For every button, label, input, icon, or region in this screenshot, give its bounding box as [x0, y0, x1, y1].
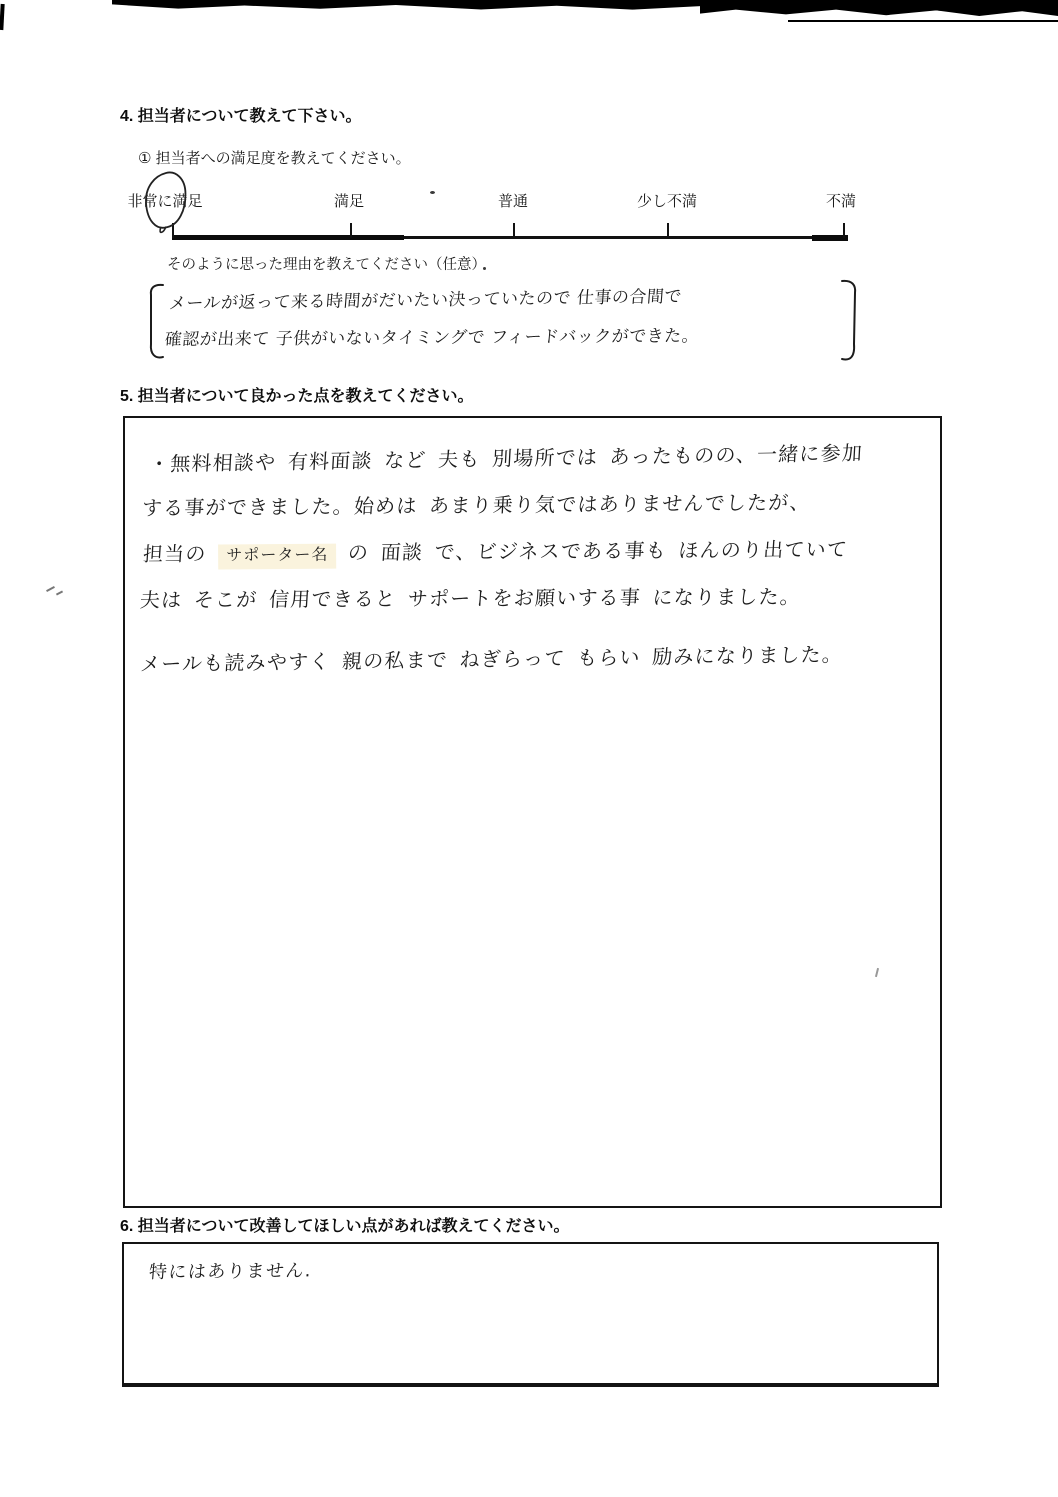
- scan-corner-artifact: [0, 4, 5, 30]
- scan-dot-artifact: [430, 191, 435, 194]
- question-4-sub-label: ① 担当者への満足度を教えてください。: [138, 147, 411, 168]
- scan-line-artifact: [788, 20, 1058, 22]
- scale-tick-5: [843, 223, 845, 238]
- question-5-title: 5. 担当者について良かった点を教えてください。: [120, 383, 473, 406]
- q5-line3-pre: 担当の: [142, 538, 207, 567]
- scan-edge-artifact-top-right: [700, 0, 1058, 16]
- handwritten-right-bracket: [838, 278, 862, 366]
- q5-answer-line-3: 担当の サポーター名 の 面談 で、ビジネスである事も ほんのり出ていて: [143, 533, 848, 567]
- redacted-supporter-name: サポーター名: [218, 544, 336, 570]
- scale-tick-4: [667, 223, 669, 238]
- scale-tick-2: [350, 223, 352, 238]
- scale-tick-3: [513, 223, 515, 238]
- q5-answer-line-2: する事ができました。始めは あまり乗り気ではありませんでしたが、: [141, 486, 812, 521]
- reason-answer-line-2: 確認が出来て 子供がいないタイミングで フィードバックができた。: [164, 321, 700, 350]
- reason-prompt: そのように思った理由を教えてください（任意）: [167, 253, 486, 274]
- scan-dot-artifact-2: [483, 267, 486, 270]
- q5-answer-line-4: 夫は そこが 信用できると サポートをお願いする事 になりました。: [139, 581, 802, 613]
- q5-line3-post: の 面談 で、ビジネスである事も ほんのり出ていて: [347, 533, 849, 566]
- margin-mark-artifact: [46, 586, 55, 592]
- question-4-title: 4. 担当者について教えて下さい。: [120, 103, 361, 126]
- margin-mark-artifact-2: [56, 590, 63, 595]
- scale-option-slightly-dissatisfied: 少し不満: [637, 190, 697, 211]
- scale-option-satisfied: 満足: [334, 190, 364, 211]
- reason-answer-line-1: メールが返って来る時間がだいたい決っていたので 仕事の合間で: [168, 282, 683, 314]
- scale-axis-line-bold-segment: [172, 235, 404, 240]
- scale-option-dissatisfied: 不満: [826, 190, 856, 211]
- handwritten-selection-circle: [137, 167, 197, 237]
- scale-option-neutral: 普通: [498, 190, 528, 211]
- question-6-title: 6. 担当者について改善してほしい点があれば教えてください。: [120, 1213, 569, 1236]
- scanned-survey-page: 4. 担当者について教えて下さい。 ① 担当者への満足度を教えてください。 非常…: [0, 0, 1058, 1497]
- q6-answer: 特にはありません.: [148, 1256, 313, 1284]
